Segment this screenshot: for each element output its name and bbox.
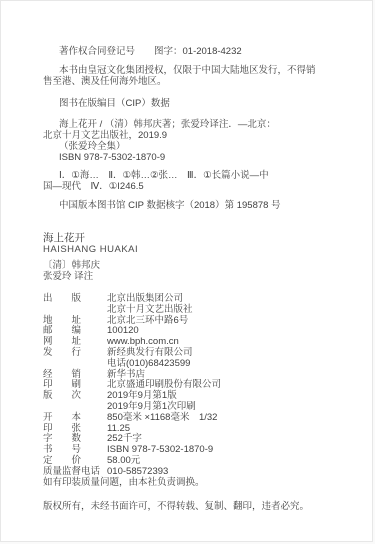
quality-phone-label: 质量监督电话 — [43, 467, 100, 478]
colophon-value: 850毫米 ×1168毫米 1/32 — [107, 413, 217, 424]
cip-publisher-line: 北京十月文艺出版社，2019.9 — [43, 130, 336, 141]
copyright-page: 著作权合同登记号 图字：01-2018-4232 本书由皇冠文化集团授权，仅限于… — [0, 0, 373, 542]
registration-line: 著作权合同登记号 图字：01-2018-4232 — [43, 46, 336, 57]
cip-isbn-line: ISBN 978-7-5302-1870-9 — [43, 152, 336, 163]
authorization-notice-line-2: 售至港、澳及任何海外地区。 — [43, 76, 336, 87]
book-title: 海上花开 — [43, 232, 336, 244]
colophon: 出 版 北京出版集团公司 北京十月文艺出版社 地 址 北京北三环中路6号 邮 编… — [43, 294, 336, 488]
cip-record: 海上花开 / （清）韩邦庆著；张爱玲译注．—北京： 北京十月文艺出版社，2019… — [43, 119, 336, 211]
quality-phone-line: 质量监督电话 010-58572393 — [43, 467, 336, 478]
quality-phone-number: 010-58572393 — [107, 467, 168, 478]
cip-number-line: 中国版本图书馆 CIP 数据核字（2018）第 195878 号 — [43, 200, 336, 211]
cip-classification: Ⅰ．①海… Ⅱ．①韩…②张… Ⅲ．①长篇小说—中 国—现代 Ⅳ．①I246.5 — [43, 170, 336, 192]
book-translator: 张爱玲 译注 — [43, 271, 336, 282]
colophon-row-address: 地 址 北京北三环中路6号 — [43, 316, 336, 327]
book-author: 〔清〕韩邦庆 — [43, 260, 336, 271]
exchange-notice-text: 如有印装质量问题，由本社负责调换。 — [43, 478, 205, 489]
title-block: 海上花开 HAISHANG HUAKAI 〔清〕韩邦庆 张爱玲 译注 — [43, 232, 336, 282]
colophon-row-sheets: 印 张 11.25 — [43, 424, 336, 435]
colophon-row-format: 开 本 850毫米 ×1168毫米 1/32 — [43, 413, 336, 424]
colophon-value-line: 北京十月文艺出版社 — [107, 305, 193, 316]
book-title-pinyin: HAISHANG HUAKAI — [43, 244, 336, 255]
colophon-value-line: 850毫米 ×1168毫米 1/32 — [107, 413, 217, 424]
colophon-value: 新经典发行有限公司 电话(010)68423599 — [107, 348, 193, 370]
colophon-label: 发 行 — [43, 348, 107, 370]
colophon-label: 版 次 — [43, 391, 107, 413]
cip-series-line: （张爱玲全集） — [43, 141, 336, 152]
authorization-notice: 本书由皇冠文化集团授权，仅限于中国大陆地区发行，不得销 售至港、澳及任何海外地区… — [43, 65, 336, 87]
colophon-row-postcode: 邮 编 100120 — [43, 326, 336, 337]
copyright-page-content: 著作权合同登记号 图字：01-2018-4232 本书由皇冠文化集团授权，仅限于… — [1, 1, 372, 512]
colophon-label: 出 版 — [43, 294, 107, 316]
cip-class-line-1: Ⅰ．①海… Ⅱ．①韩…②张… Ⅲ．①长篇小说—中 — [43, 170, 336, 181]
colophon-row-edition: 版 次 2019年9月第1版 2019年9月第1次印刷 — [43, 391, 336, 413]
colophon-row-publisher: 出 版 北京出版集团公司 北京十月文艺出版社 — [43, 294, 336, 316]
colophon-row-isbn: 书 号 ISBN 978-7-5302-1870-9 — [43, 445, 336, 456]
cip-title-line: 海上花开 / （清）韩邦庆著；张爱玲译注．—北京： — [43, 119, 336, 130]
cip-class-line-2: 国—现代 Ⅳ．①I246.5 — [43, 181, 336, 192]
authorization-notice-line-1: 本书由皇冠文化集团授权，仅限于中国大陆地区发行，不得销 — [43, 65, 336, 76]
cip-heading: 图书在版编目（CIP）数据 — [43, 98, 336, 109]
copyright-statement: 版权所有，未经书面许可，不得转载、复制、翻印，违者必究。 — [43, 501, 336, 512]
colophon-value: 北京出版集团公司 北京十月文艺出版社 — [107, 294, 193, 316]
colophon-row-distributor: 发 行 新经典发行有限公司 电话(010)68423599 — [43, 348, 336, 370]
colophon-value-line: 电话(010)68423599 — [107, 359, 193, 370]
colophon-value: 2019年9月第1版 2019年9月第1次印刷 — [107, 391, 196, 413]
colophon-row-printer: 印 刷 北京盛通印刷股份有限公司 — [43, 380, 336, 391]
exchange-notice: 如有印装质量问题，由本社负责调换。 — [43, 478, 336, 489]
colophon-label: 开 本 — [43, 413, 107, 424]
